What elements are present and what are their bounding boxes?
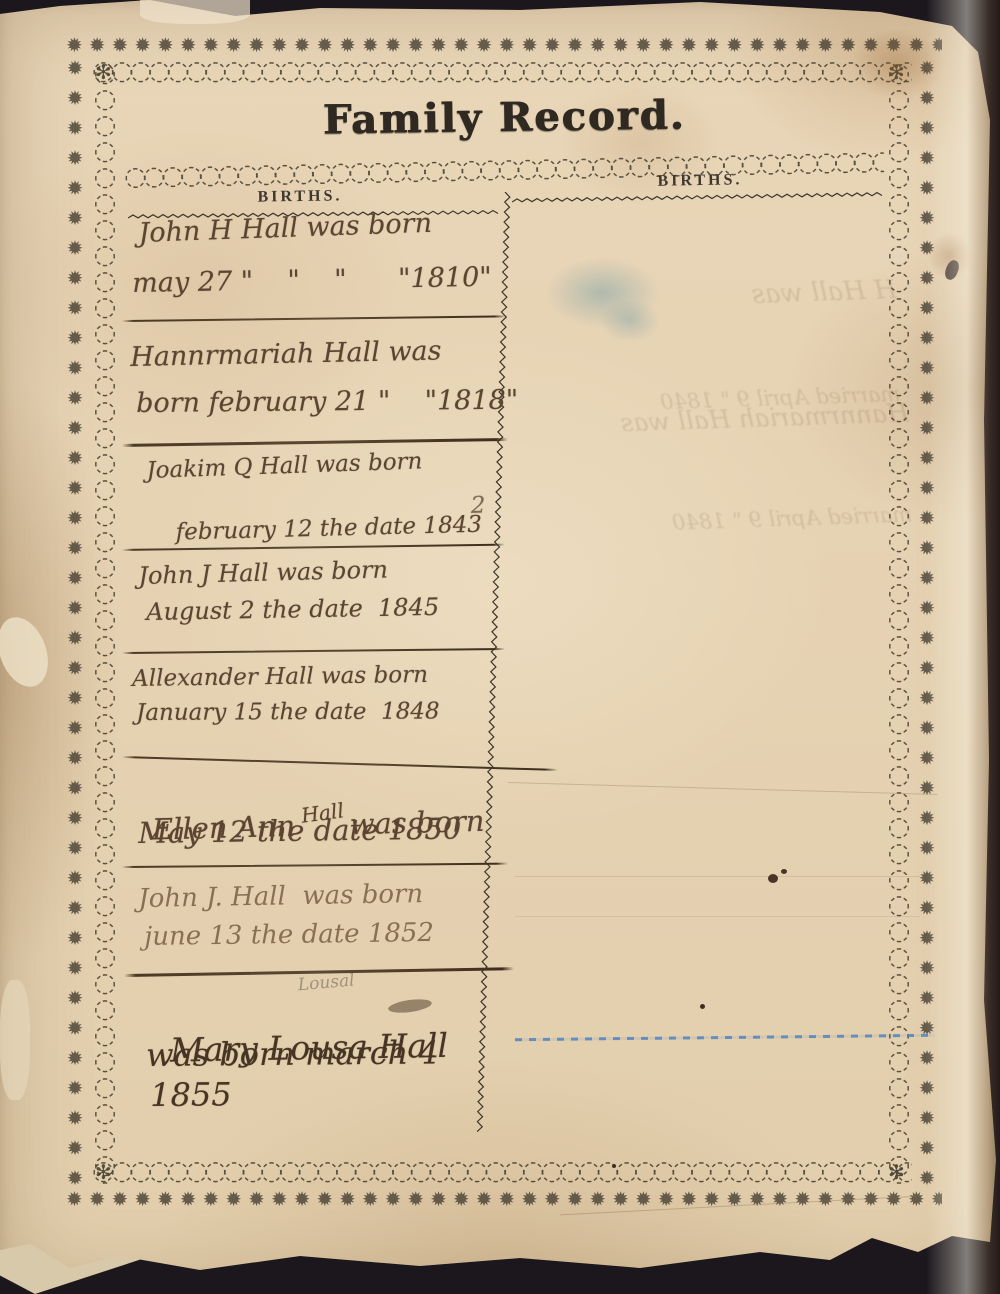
ink-speck [612, 1164, 616, 1168]
border-chain-top: ◌◌◌◌◌◌◌◌◌◌◌◌◌◌◌◌◌◌◌◌◌◌◌◌◌◌◌◌◌◌◌◌◌◌◌◌◌◌◌◌… [92, 58, 912, 84]
pencil-annotation: Lousal [297, 970, 355, 995]
corner-rosette-icon: ✻ [95, 1160, 112, 1184]
ink-speck [768, 874, 778, 883]
birth-entry-7-line-2: june 13 the date 1852 [144, 918, 434, 952]
border-chain-right: ◌◌◌◌◌◌◌◌◌◌◌◌◌◌◌◌◌◌◌◌◌◌◌◌◌◌◌◌◌◌◌◌◌◌◌◌◌◌◌◌… [886, 58, 912, 1184]
stain [850, 28, 945, 100]
torn-edge-highlight [0, 980, 30, 1100]
birth-entry-2-line-1: Hannrmariah Hall was [130, 335, 442, 373]
border-fringe-right: ✹✹✹✹✹✹✹✹✹✹✹✹✹✹✹✹✹✹✹✹✹✹✹✹✹✹✹✹✹✹✹✹✹✹✹✹✹✹✹✹… [914, 56, 940, 1188]
birth-entry-1-line-2: may 27 " " " "1810" [132, 262, 492, 299]
birth-entry-7-line-1: John J. Hall was born [138, 879, 423, 914]
ghost-line: married April 9 " 1840 [532, 495, 913, 548]
overwritten-digit: 2 [470, 492, 485, 518]
border-fringe-left: ✹✹✹✹✹✹✹✹✹✹✹✹✹✹✹✹✹✹✹✹✹✹✹✹✹✹✹✹✹✹✹✹✹✹✹✹✹✹✹✹… [62, 56, 88, 1188]
birth-entry-8-line-2: was born march 4 [146, 1033, 439, 1074]
torn-edge-highlight [140, 0, 250, 24]
bleed-through-text-2: Hannrmariah Hall was married April 9 " 1… [526, 331, 914, 577]
border-fringe-top: ✹✹✹✹✹✹✹✹✹✹✹✹✹✹✹✹✹✹✹✹✹✹✹✹✹✹✹✹✹✹✹✹✹✹✹✹✹✹✹✹… [66, 32, 942, 58]
ghost-line: Hannrmariah Hall was [528, 389, 909, 450]
pencil-rule-line [515, 876, 920, 877]
birth-entry-3-line-2: february 12 the date 18432 [160, 486, 482, 546]
birth-entry-5-line-1: Allexander Hall was born [132, 662, 428, 692]
birth-entry-6-line-2: May 12 the date 1850 [138, 811, 462, 850]
pencil-rule-line [515, 916, 920, 917]
scan-background: { "document": { "title": "Family Record.… [0, 0, 1000, 1294]
corner-rosette-icon: ✻ [95, 60, 112, 84]
birth-entry-2-line-2: born february 21 " "1818" [136, 385, 518, 419]
ink-speck [781, 869, 787, 874]
border-chain-bottom: ◌◌◌◌◌◌◌◌◌◌◌◌◌◌◌◌◌◌◌◌◌◌◌◌◌◌◌◌◌◌◌◌◌◌◌◌◌◌◌◌… [92, 1158, 912, 1184]
border-fringe-bottom: ✹✹✹✹✹✹✹✹✹✹✹✹✹✹✹✹✹✹✹✹✹✹✹✹✹✹✹✹✹✹✹✹✹✹✹✹✹✹✹✹… [66, 1186, 942, 1212]
birth-entry-5-line-2: January 15 the date 1848 [136, 698, 440, 726]
birth-entry-8-line-3: 1855 [150, 1075, 232, 1114]
ink-smudge [600, 300, 660, 342]
left-births-header: BIRTHS. [180, 186, 420, 207]
corner-rosette-icon: ✻ [888, 1160, 905, 1184]
border-chain-left: ◌◌◌◌◌◌◌◌◌◌◌◌◌◌◌◌◌◌◌◌◌◌◌◌◌◌◌◌◌◌◌◌◌◌◌◌◌◌◌◌… [92, 58, 118, 1184]
birth-entry-4-line-2: August 2 the date 1845 [146, 593, 439, 626]
ink-speck [700, 1004, 705, 1009]
